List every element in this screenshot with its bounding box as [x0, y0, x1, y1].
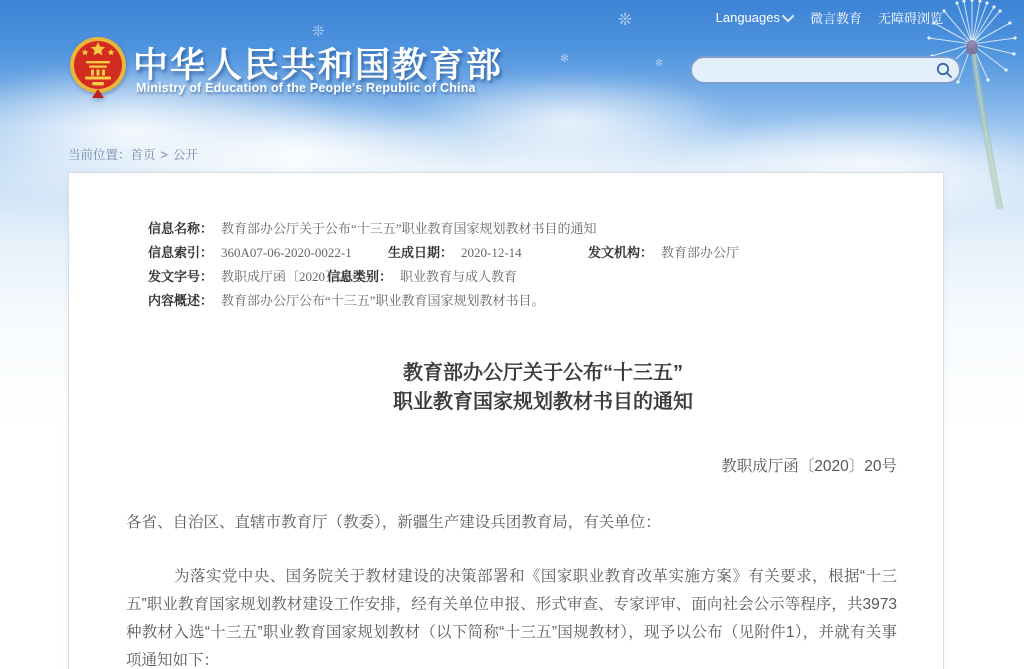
breadcrumb-separator: >: [161, 148, 168, 162]
meta-docno-pair: 发文字号：教职成厅函〔2020〕20号: [148, 265, 327, 289]
meta-agency-pair: 发文机构：教育部办公厅: [588, 241, 739, 265]
meta-summary-label: 内容概述：: [148, 293, 213, 308]
salutation: 各省、自治区、直辖市教育厅（教委），新疆生产建设兵团教育局，有关单位：: [126, 509, 897, 537]
meta-row-docno: 发文字号：教职成厅函〔2020〕20号信息类别：职业教育与成人教育: [148, 265, 943, 289]
content-panel: 信息名称：教育部办公厅关于公布“十三五”职业教育国家规划教材书目的通知 信息索引…: [68, 172, 944, 669]
meta-index-pair: 信息索引：360A07-06-2020-0022-1: [148, 241, 388, 265]
meta-summary-value: 教育部办公厅公布“十三五”职业教育国家规划教材书目。: [221, 293, 545, 308]
meta-date-pair: 生成日期：2020-12-14: [388, 241, 522, 265]
meta-docno-label: 发文字号：: [148, 269, 213, 284]
breadcrumb-home-link[interactable]: 首页: [131, 148, 156, 162]
languages-label: Languages: [716, 10, 780, 25]
topbar: Languages 微言教育 无障碍浏览: [716, 8, 943, 27]
search-icon: [935, 61, 953, 79]
article-title-line2: 职业教育国家规划教材书目的通知: [148, 388, 938, 417]
article-paragraph-1: 为落实党中央、国务院关于教材建设的决策部署和《国家职业教育改革实施方案》有关要求…: [126, 563, 897, 669]
sparkle-decoration: ✻: [560, 52, 569, 65]
breadcrumb: 当前位置：首页>公开: [68, 145, 198, 163]
meta-name-value: 教育部办公厅关于公布“十三五”职业教育国家规划教材书目的通知: [221, 221, 597, 236]
meta-row-summary: 内容概述：教育部办公厅公布“十三五”职业教育国家规划教材书目。: [148, 289, 943, 313]
meta-category-value: 职业教育与成人教育: [400, 269, 517, 284]
meta-row-index: 信息索引：360A07-06-2020-0022-1生成日期：2020-12-1…: [148, 241, 943, 265]
meta-agency-label: 发文机构：: [588, 245, 653, 260]
meta-index-label: 信息索引：: [148, 245, 213, 260]
site-title-en: Ministry of Education of the People's Re…: [136, 81, 476, 95]
breadcrumb-section-link[interactable]: 公开: [173, 148, 198, 162]
document-number: 教职成厅函〔2020〕20号: [69, 454, 943, 476]
article-title: 教育部办公厅关于公布“十三五” 职业教育国家规划教材书目的通知: [148, 359, 938, 417]
article-title-line1: 教育部办公厅关于公布“十三五”: [148, 359, 938, 388]
sparkle-decoration: ✻: [655, 58, 663, 69]
languages-menu[interactable]: Languages: [716, 10, 794, 25]
meta-index-value: 360A07-06-2020-0022-1: [221, 245, 352, 260]
document-metadata: 信息名称：教育部办公厅关于公布“十三五”职业教育国家规划教材书目的通知 信息索引…: [148, 217, 943, 313]
sparkle-decoration: ❊: [618, 10, 632, 30]
meta-agency-value: 教育部办公厅: [661, 245, 739, 260]
search-button[interactable]: [935, 61, 953, 79]
meta-name-label: 信息名称：: [148, 221, 213, 236]
chevron-down-icon: [782, 10, 795, 23]
national-emblem-logo[interactable]: [68, 34, 128, 104]
meta-date-label: 生成日期：: [388, 245, 453, 260]
accessibility-link[interactable]: 无障碍浏览: [878, 8, 943, 27]
search-input[interactable]: [704, 59, 935, 81]
page: ❊ ✻ ❊ ✻: [0, 0, 1024, 669]
meta-row-name: 信息名称：教育部办公厅关于公布“十三五”职业教育国家规划教材书目的通知: [148, 217, 943, 241]
meta-category-label: 信息类别：: [327, 269, 392, 284]
search-box[interactable]: [690, 56, 961, 84]
breadcrumb-prefix: 当前位置：: [68, 148, 131, 162]
weiyan-education-link[interactable]: 微言教育: [810, 8, 862, 27]
article-body: 各省、自治区、直辖市教育厅（教委），新疆生产建设兵团教育局，有关单位： 为落实党…: [69, 509, 943, 669]
meta-category-pair: 信息类别：职业教育与成人教育: [327, 265, 517, 289]
meta-date-value: 2020-12-14: [461, 245, 522, 260]
